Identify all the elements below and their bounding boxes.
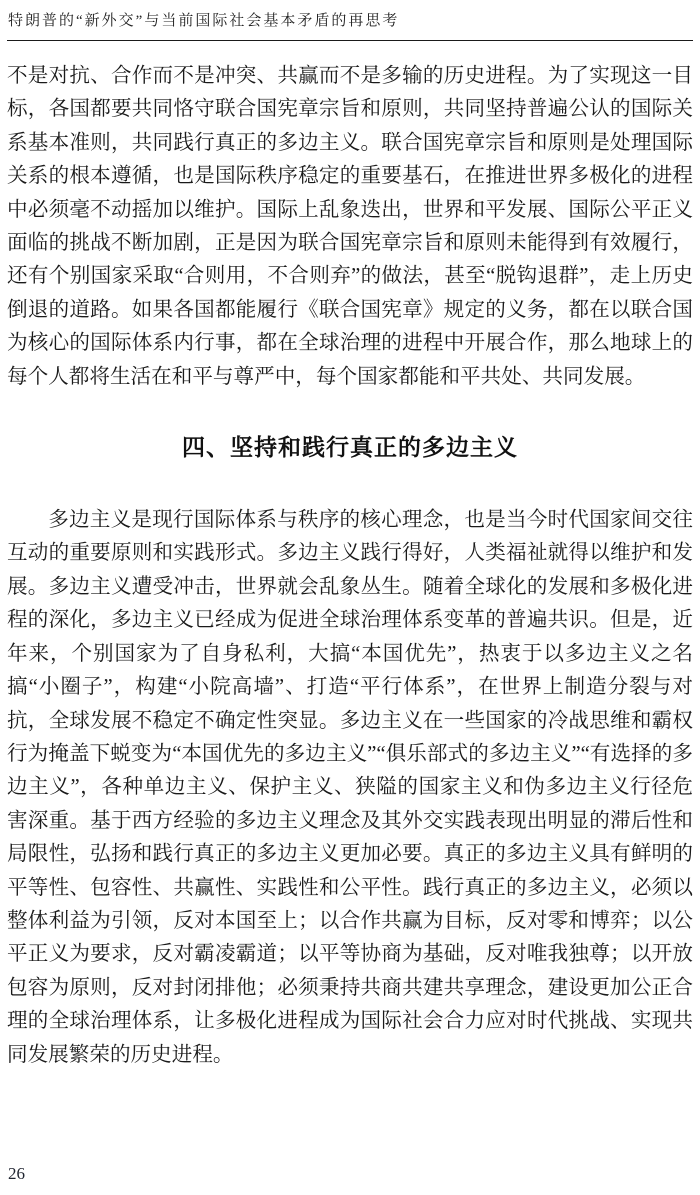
header-rule xyxy=(7,40,693,41)
running-title: 特朗普的“新外交”与当前国际社会基本矛盾的再思考 xyxy=(8,9,399,30)
paragraph-continuation: 不是对抗、合作而不是冲突、共赢而不是多输的历史进程。为了实现这一目标，各国都要共… xyxy=(7,60,693,394)
document-page: 特朗普的“新外交”与当前国际社会基本矛盾的再思考 不是对抗、合作而不是冲突、共赢… xyxy=(0,0,700,1195)
section-heading: 四、坚持和践行真正的多边主义 xyxy=(7,432,693,462)
page-body: 不是对抗、合作而不是冲突、共赢而不是多输的历史进程。为了实现这一目标，各国都要共… xyxy=(7,60,693,1072)
page-number: 26 xyxy=(8,1164,25,1184)
paragraph-section-body: 多边主义是现行国际体系与秩序的核心理念，也是当今时代国家间交往互动的重要原则和实… xyxy=(7,504,693,1072)
